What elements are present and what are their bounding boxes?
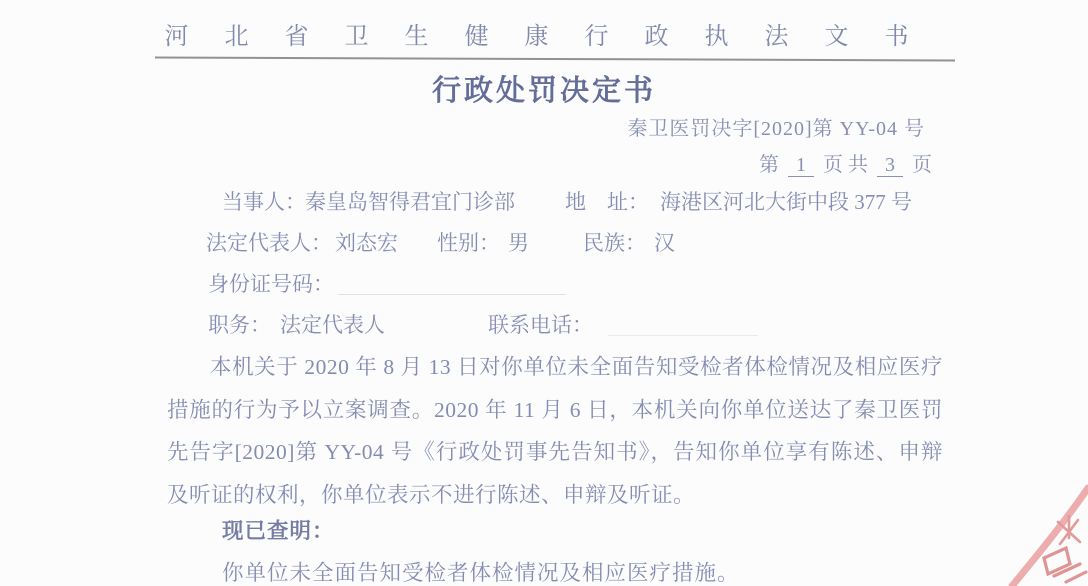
finding-heading: 现已查明： xyxy=(222,514,335,545)
phone-label: 联系电话： xyxy=(488,309,593,339)
id-number-blank-line xyxy=(338,294,566,295)
finding-text: 你单位未全面告知受检者体检情况及相应医疗措施。 xyxy=(222,556,740,586)
page-indicator-suffix: 页 xyxy=(912,154,932,176)
total-page-number: 3 xyxy=(877,154,903,177)
party-label: 当事人： xyxy=(222,186,306,216)
gender-label: 性别： xyxy=(437,227,500,257)
current-page-number: 1 xyxy=(788,154,814,177)
page-indicator: 第 1 页 共 3 页 xyxy=(0,148,932,177)
position-value: 法定代表人 xyxy=(280,309,385,339)
official-seal-icon xyxy=(996,436,1088,586)
page-indicator-middle: 页 共 xyxy=(823,154,868,176)
case-paragraph: 本机关于 2020 年 8 月 13 日对你单位未全面告知受检者体检情况及相应医… xyxy=(167,346,943,516)
page-indicator-prefix: 第 xyxy=(759,154,779,176)
document-title: 行政处罚决定书 xyxy=(0,68,1088,109)
ethnicity-value: 汉 xyxy=(654,227,675,257)
address-value: 海港区河北大街中段 377 号 xyxy=(660,186,912,216)
phone-blank-line xyxy=(608,335,758,336)
document-number: 秦卫医罚决字[2020]第 YY-04 号 xyxy=(0,112,925,141)
gender-value: 男 xyxy=(508,227,529,257)
letterhead-title: 河 北 省 卫 生 健 康 行 政 执 法 文 书 xyxy=(0,16,1088,51)
ethnicity-label: 民族： xyxy=(583,227,646,257)
letterhead-divider xyxy=(155,56,955,61)
id-number-label: 身份证号码： xyxy=(208,268,334,298)
party-name: 秦皇岛智得君宜门诊部 xyxy=(305,186,515,216)
address-label: 地 址： xyxy=(565,186,649,216)
scanned-document-page: 河 北 省 卫 生 健 康 行 政 执 法 文 书 行政处罚决定书 秦卫医罚决字… xyxy=(0,0,1088,586)
legal-rep-name: 刘态宏 xyxy=(335,227,398,257)
legal-rep-label: 法定代表人： xyxy=(206,227,332,257)
position-label: 职务： xyxy=(208,309,271,339)
